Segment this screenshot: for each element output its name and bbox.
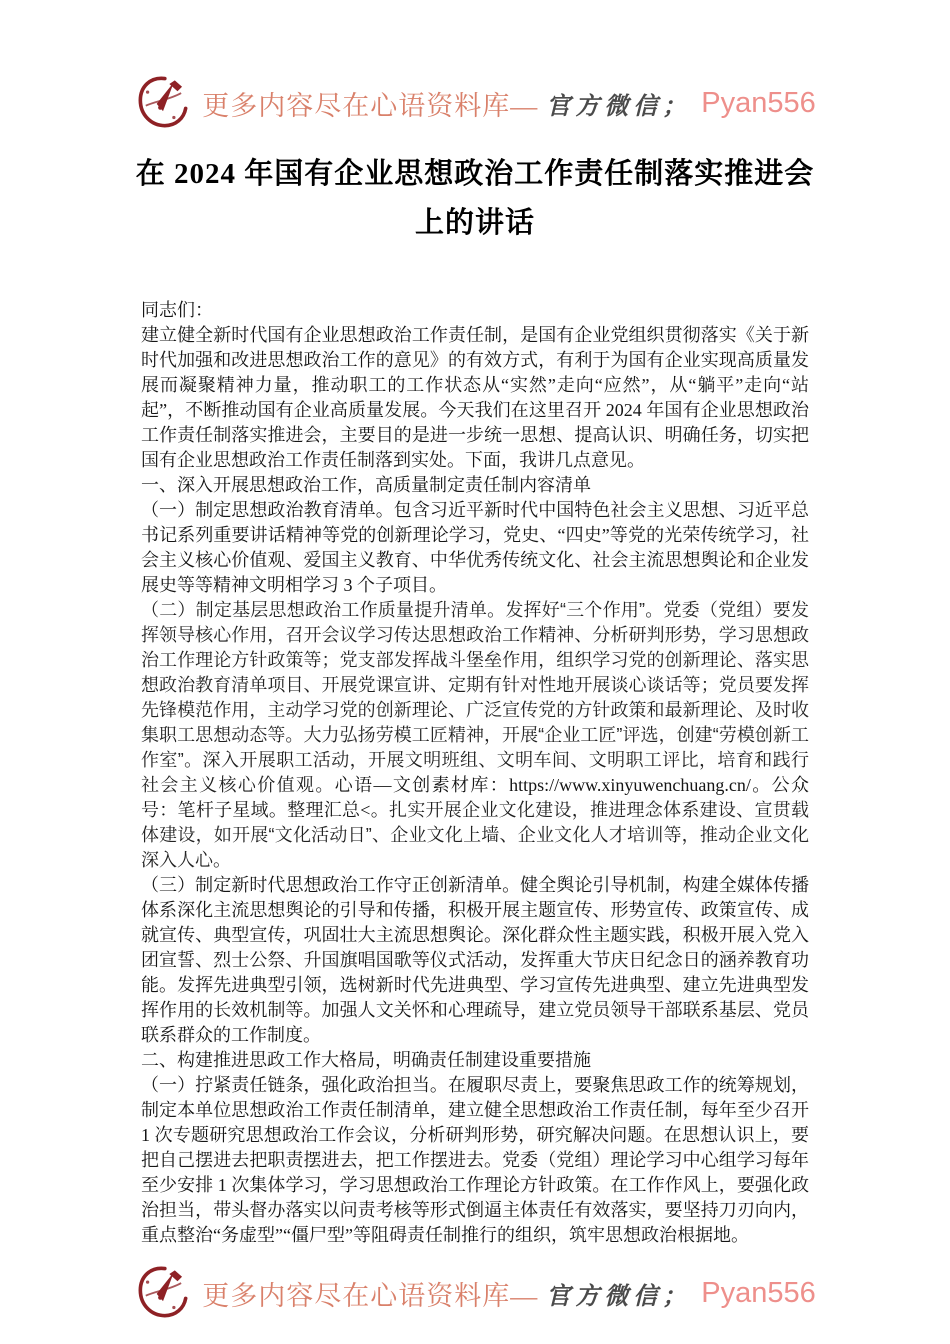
paragraph-section1-item3: （三）制定新时代思想政治工作守正创新清单。健全舆论引导机制，构建全媒体传播体系深…	[141, 873, 809, 1048]
section-heading-1: 一、深入开展思想政治工作，高质量制定责任制内容清单	[141, 473, 809, 498]
wechat-label: 官方微信；	[546, 86, 691, 121]
footer-watermark: 更多内容尽在心语资料库— 官方微信； Pyan556	[0, 1262, 950, 1324]
wechat-label: 官方微信；	[546, 1276, 691, 1311]
wechat-id: Pyan556	[701, 87, 816, 120]
paragraph-section1-item2-text: （二）制定基层思想政治工作质量提升清单。发挥好“三个作用”。党委（党组）要发挥领…	[141, 600, 809, 795]
paragraph-salutation: 同志们：	[141, 298, 809, 323]
document-title: 在 2024 年国有企业思想政治工作责任制落实推进会 上的讲话	[85, 150, 865, 248]
wechat-id: Pyan556	[701, 1277, 816, 1310]
document-body: 同志们： 建立健全新时代国有企业思想政治工作责任制，是国有企业党组织贯彻落实《关…	[141, 298, 809, 1248]
paragraph-section2-item1: （一）拧紧责任链条，强化政治担当。在履职尽责上，要聚焦思政工作的统筹规划，制定本…	[141, 1073, 809, 1248]
pen-nib-circle-logo-icon	[134, 74, 192, 132]
brand-text: 更多内容尽在心语资料库—	[202, 84, 538, 123]
header-watermark: 更多内容尽在心语资料库— 官方微信； Pyan556	[0, 72, 950, 134]
paragraph-intro: 建立健全新时代国有企业思想政治工作责任制，是国有企业党组织贯彻落实《关于新时代加…	[141, 323, 809, 473]
title-line-1: 在 2024 年国有企业思想政治工作责任制落实推进会	[85, 150, 865, 199]
pen-nib-circle-logo-icon	[134, 1264, 192, 1322]
paragraph-section1-item2: （二）制定基层思想政治工作质量提升清单。发挥好“三个作用”。党委（党组）要发挥领…	[141, 598, 809, 873]
document-page: 更多内容尽在心语资料库— 官方微信； Pyan556 在 2024 年国有企业思…	[0, 0, 950, 1344]
section-heading-2: 二、构建推进思政工作大格局，明确责任制建设重要措施	[141, 1048, 809, 1073]
title-line-2: 上的讲话	[85, 199, 865, 248]
brand-text: 更多内容尽在心语资料库—	[202, 1274, 538, 1313]
paragraph-section1-item1: （一）制定思想政治教育清单。包含习近平新时代中国特色社会主义思想、习近平总书记系…	[141, 498, 809, 598]
